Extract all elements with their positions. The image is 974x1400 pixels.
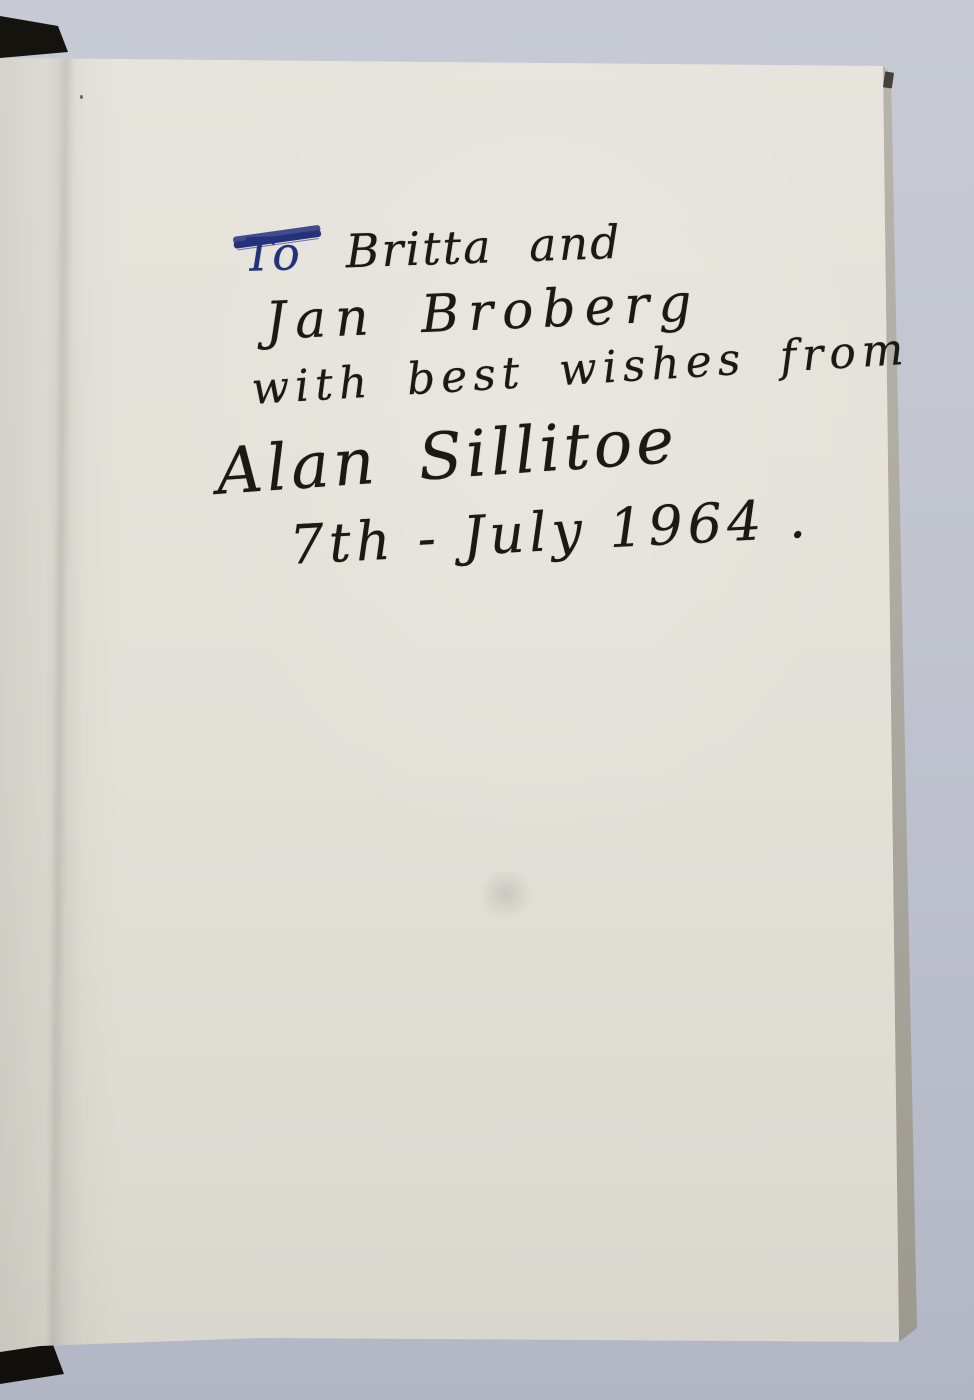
inscription: ToBritta and Jan Broberg with best wishe… [0,0,974,1400]
inscription-signature: Alan Sillitoe [214,404,680,510]
inscription-date: 7th - July 1964 . [288,487,812,577]
inscription-salutation-crossed-out: To [242,226,303,282]
inscription-line-1: ToBritta and [242,215,622,282]
book-photo: ToBritta and Jan Broberg with best wishe… [0,0,974,1400]
inscription-line-1-text: Britta and [345,215,623,279]
